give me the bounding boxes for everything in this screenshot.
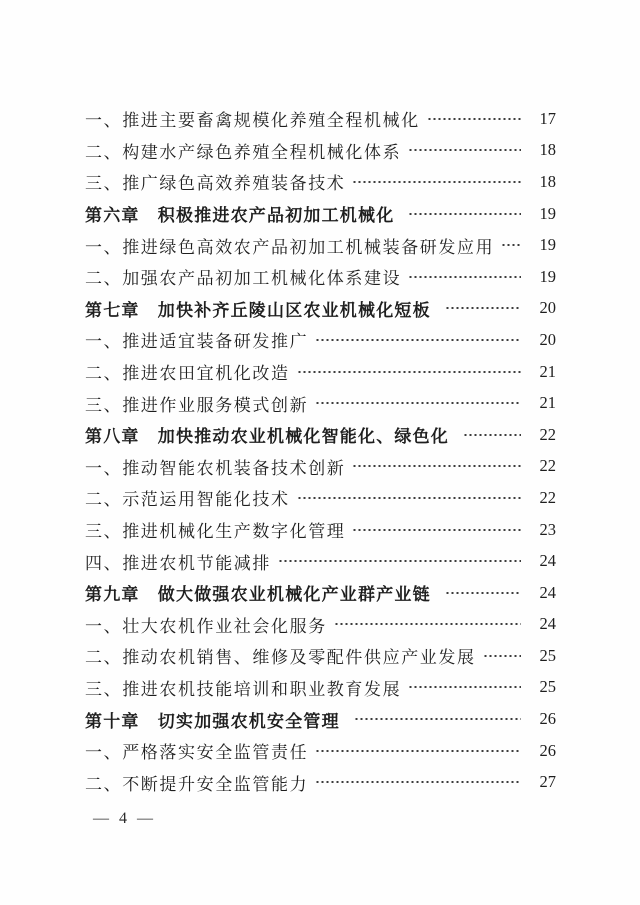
toc-entry-page-number: 18	[530, 172, 556, 192]
dot-leader	[315, 324, 521, 356]
dot-leader	[408, 672, 521, 704]
toc-sub-entry: 一、推进适宜装备研发推广20	[85, 324, 556, 356]
toc-entry-label: 二、构建水产绿色养殖全程机械化体系	[85, 138, 401, 163]
toc-entry-page-number: 24	[530, 614, 556, 634]
dot-leader	[445, 293, 521, 325]
toc-sub-entry: 一、推进绿色高效农产品初加工机械装备研发应用19	[85, 229, 556, 261]
dot-leader	[315, 735, 521, 767]
toc-entry-label: 一、推进绿色高效农产品初加工机械装备研发应用	[85, 233, 494, 258]
toc-entry-page-number: 25	[530, 646, 556, 666]
toc-sub-entry: 三、推广绿色高效养殖装备技术18	[85, 166, 556, 198]
dot-leader	[354, 703, 521, 735]
toc-entry-page-number: 19	[530, 235, 556, 255]
dot-leader	[278, 545, 521, 577]
toc-entry-page-number: 21	[530, 362, 556, 382]
toc-entry-page-number: 20	[530, 298, 556, 318]
toc-sub-entry: 三、推进农机技能培训和职业教育发展25	[85, 672, 556, 704]
toc-chapter-entry: 第九章 做大做强农业机械化产业群产业链24	[85, 577, 556, 609]
toc-entry-label: 三、推进作业服务模式创新	[85, 391, 308, 416]
dot-leader	[445, 577, 521, 609]
toc-entry-page-number: 22	[530, 425, 556, 445]
toc-chapter-entry: 第六章 积极推进农产品初加工机械化19	[85, 198, 556, 230]
toc-entry-label: 一、严格落实安全监管责任	[85, 738, 308, 763]
toc-entry-label: 一、壮大农机作业社会化服务	[85, 612, 327, 637]
toc-chapter-entry: 第八章 加快推动农业机械化智能化、绿色化22	[85, 419, 556, 451]
toc-sub-entry: 二、推动农机销售、维修及零配件供应产业发展25	[85, 640, 556, 672]
dot-leader	[501, 229, 521, 261]
toc-chapter-entry: 第七章 加快补齐丘陵山区农业机械化短板20	[85, 293, 556, 325]
toc-sub-entry: 一、严格落实安全监管责任26	[85, 735, 556, 767]
toc-entry-page-number: 21	[530, 393, 556, 413]
toc-sub-entry: 一、推进主要畜禽规模化养殖全程机械化17	[85, 103, 556, 135]
dot-leader	[483, 640, 521, 672]
dot-leader	[352, 451, 521, 483]
toc-entry-label: 一、推进适宜装备研发推广	[85, 327, 308, 352]
toc-sub-entry: 二、示范运用智能化技术22	[85, 482, 556, 514]
toc-entry-label: 二、推动农机销售、维修及零配件供应产业发展	[85, 643, 476, 668]
dot-leader	[352, 514, 521, 546]
toc-entry-page-number: 25	[530, 677, 556, 697]
toc-sub-entry: 二、构建水产绿色养殖全程机械化体系18	[85, 135, 556, 167]
toc-entry-page-number: 26	[530, 709, 556, 729]
toc-entry-label: 一、推动智能农机装备技术创新	[85, 454, 345, 479]
toc-entry-page-number: 19	[530, 267, 556, 287]
table-of-contents: 一、推进主要畜禽规模化养殖全程机械化17二、构建水产绿色养殖全程机械化体系18三…	[85, 103, 556, 798]
toc-entry-page-number: 24	[530, 551, 556, 571]
dot-leader	[463, 419, 521, 451]
toc-entry-label: 三、推进农机技能培训和职业教育发展	[85, 675, 401, 700]
toc-chapter-entry: 第十章 切实加强农机安全管理26	[85, 703, 556, 735]
toc-sub-entry: 一、壮大农机作业社会化服务24	[85, 609, 556, 641]
dot-leader	[297, 356, 521, 388]
toc-entry-label: 二、推进农田宜机化改造	[85, 359, 290, 384]
toc-entry-page-number: 26	[530, 741, 556, 761]
dot-leader	[427, 103, 521, 135]
toc-entry-label: 第九章 做大做强农业机械化产业群产业链	[85, 580, 431, 605]
dot-leader	[408, 198, 521, 230]
toc-entry-label: 第七章 加快补齐丘陵山区农业机械化短板	[85, 296, 431, 321]
dot-leader	[315, 387, 521, 419]
toc-sub-entry: 二、加强农产品初加工机械化体系建设19	[85, 261, 556, 293]
toc-entry-page-number: 27	[530, 772, 556, 792]
toc-entry-page-number: 24	[530, 583, 556, 603]
toc-entry-page-number: 17	[530, 109, 556, 129]
dot-leader	[352, 166, 521, 198]
toc-entry-label: 第六章 积极推进农产品初加工机械化	[85, 201, 394, 226]
dot-leader	[315, 766, 521, 798]
document-page: 一、推进主要畜禽规模化养殖全程机械化17二、构建水产绿色养殖全程机械化体系18三…	[0, 0, 640, 905]
toc-entry-page-number: 22	[530, 488, 556, 508]
toc-entry-label: 第十章 切实加强农机安全管理	[85, 707, 340, 732]
toc-sub-entry: 二、推进农田宜机化改造21	[85, 356, 556, 388]
dot-leader	[408, 261, 521, 293]
toc-entry-page-number: 20	[530, 330, 556, 350]
toc-entry-page-number: 18	[530, 140, 556, 160]
dot-leader	[408, 135, 521, 167]
toc-sub-entry: 二、不断提升安全监管能力27	[85, 766, 556, 798]
toc-entry-label: 一、推进主要畜禽规模化养殖全程机械化	[85, 106, 420, 131]
toc-entry-page-number: 19	[530, 204, 556, 224]
page-footer: — 4 —	[93, 810, 156, 828]
toc-entry-label: 二、加强农产品初加工机械化体系建设	[85, 264, 401, 289]
dot-leader	[334, 609, 521, 641]
toc-entry-page-number: 22	[530, 456, 556, 476]
toc-entry-label: 第八章 加快推动农业机械化智能化、绿色化	[85, 422, 449, 447]
toc-entry-label: 二、不断提升安全监管能力	[85, 770, 308, 795]
toc-sub-entry: 三、推进机械化生产数字化管理23	[85, 514, 556, 546]
toc-entry-label: 三、推进机械化生产数字化管理	[85, 517, 345, 542]
dot-leader	[297, 482, 521, 514]
toc-sub-entry: 四、推进农机节能减排24	[85, 545, 556, 577]
toc-entry-label: 四、推进农机节能减排	[85, 549, 271, 574]
toc-sub-entry: 三、推进作业服务模式创新21	[85, 387, 556, 419]
toc-entry-page-number: 23	[530, 520, 556, 540]
toc-entry-label: 二、示范运用智能化技术	[85, 485, 290, 510]
toc-sub-entry: 一、推动智能农机装备技术创新22	[85, 451, 556, 483]
toc-entry-label: 三、推广绿色高效养殖装备技术	[85, 169, 345, 194]
footer-page-number: — 4 —	[93, 810, 156, 827]
